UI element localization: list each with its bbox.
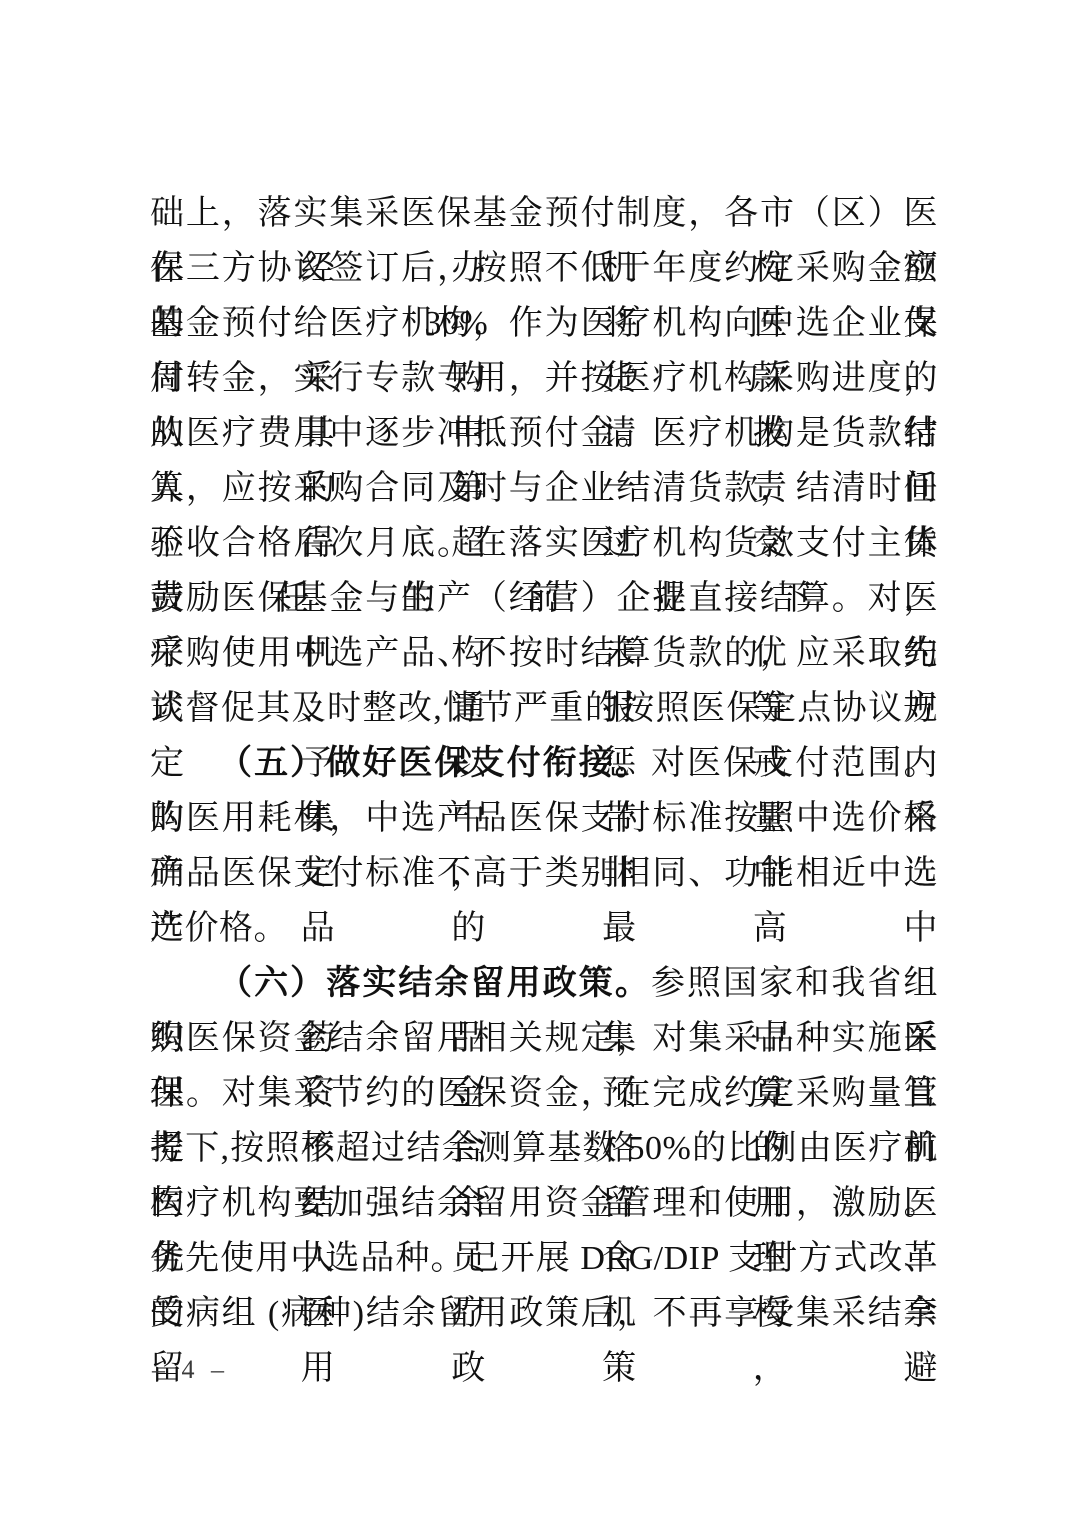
text-line: 理。对集采节约的医保资金，在完成约定采购量且考核合格的前 (150, 1066, 938, 1121)
text-line: 医疗机构要加强结余留用资金管理和使用，激励医务人员合理、 (150, 1176, 938, 1231)
text-line: 础上，落实集采医保基金预付制度，各市（区）医保经办机构应 (150, 186, 938, 241)
text-line: 产品医保支付标准不高于类别相同、功能相近中选产品的最高中 (150, 846, 938, 901)
section-heading: （五）做好医保支付衔接。 (218, 745, 651, 782)
text-line: 购医保资金结余留用相关规定，对集采品种实施医保资金预算管 (150, 1011, 938, 1066)
text-line: 基金预付给医疗机构，作为医疗机构向中选企业支付采购货款的 (150, 296, 938, 351)
line-text: 选价格。 (150, 910, 288, 947)
text-block: 础上，落实集采医保基金预付制度，各市（区）医保经办机构应在三方协议签订后，按照不… (150, 186, 938, 1341)
section-heading: （六）落实结余留用政策。 (218, 965, 651, 1002)
text-line: 周转金，实行专款专用，并按医疗机构采购进度，从其申请拨付 (150, 351, 938, 406)
line-text: 受病组 (病种)结余留用政策后，不再享受集采结余留用政策，避 (150, 1295, 938, 1387)
text-line: 在三方协议签订后，按照不低于年度约定采购金额的 30%将医保 (150, 241, 938, 296)
text-line: 提下,按照不超过结余测算基数 50%的比例由医疗机构结余留用。 (150, 1121, 938, 1176)
text-line: 优先使用中选品种。已开展 DRG/DIP 支付方式改革的医疗机构享 (150, 1231, 938, 1286)
document-page: 础上，落实集采医保基金预付制度，各市（区）医保经办机构应在三方协议签订后，按照不… (0, 0, 1074, 1520)
text-line: 人，应按采购合同及时与企业结清货款，结清时间不得超过交货 (150, 461, 938, 516)
text-line: （六）落实结余留用政策。参照国家和我省组织药品集中采 (150, 956, 938, 1011)
text-line: （五）做好医保支付衔接。对医保支付范围内的集中带量采 (150, 736, 938, 791)
text-line: 购医用耗材，中选产品医保支付标准按照中选价格确定，非中选 (150, 791, 938, 846)
page-number: – 4 – (152, 1355, 229, 1385)
text-line: 的医疗费用中逐步冲抵预付金。医疗机构是货款结算的第一责任 (150, 406, 938, 461)
text-line: 鼓励医保基金与生产（经营）企业直接结算。对医疗机构未优先 (150, 571, 938, 626)
text-line: 采购使用中选产品、不按时结算货款的，应采取约谈、通报等方 (150, 626, 938, 681)
text-line: 验收合格后次月底。在落实医疗机构货款支付主体责任的前提下， (150, 516, 938, 571)
text-line: 受病组 (病种)结余留用政策后，不再享受集采结余留用政策，避 (150, 1286, 938, 1341)
text-line: 式督促其及时整改,情节严重的按照医保定点协议规定予以惩戒。 (150, 681, 938, 736)
